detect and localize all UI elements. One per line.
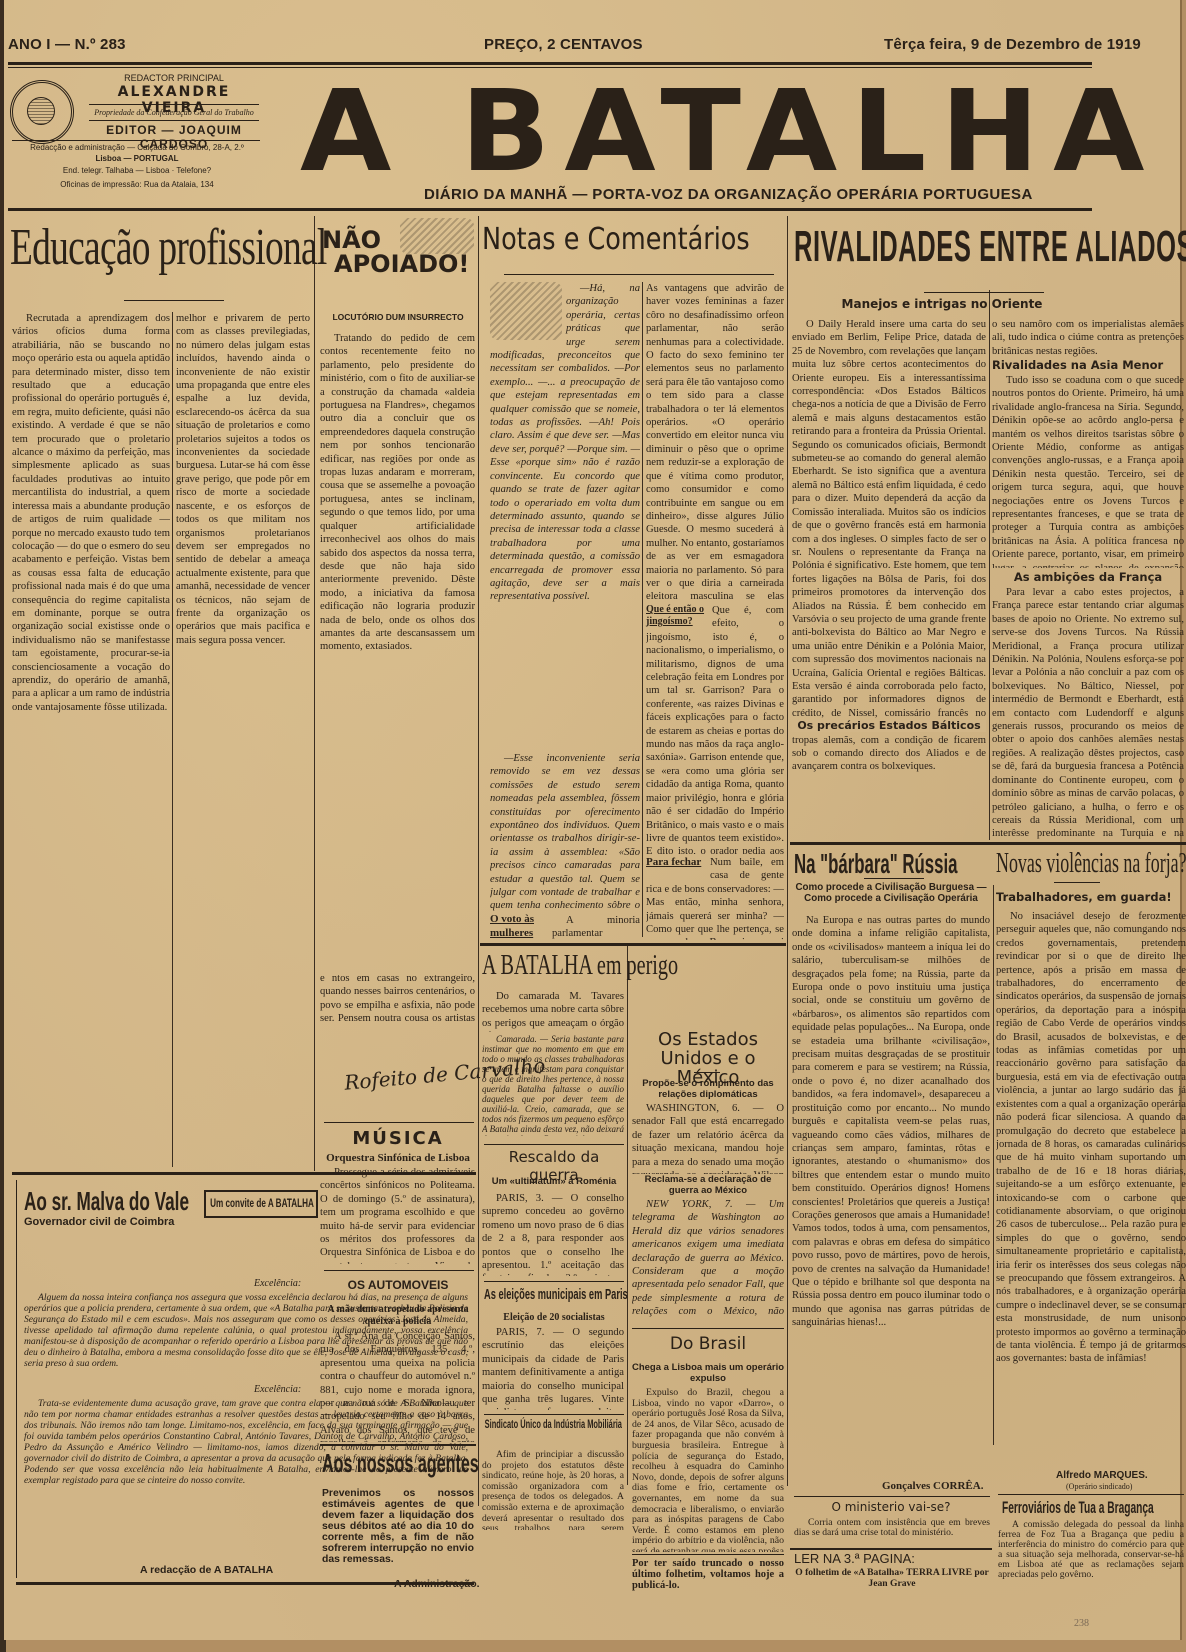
- article-brasil: Expulso do Brazil, chegou a Lisboa, vind…: [632, 1388, 784, 1552]
- article-ferroviarios: A comissão delegada do pessoal da linha …: [998, 1520, 1184, 1582]
- headline-malva: Ao sr. Malva do Vale: [24, 1186, 189, 1217]
- telegraph: End. telegr. Talhaba — Lisboa · Telefone…: [12, 166, 262, 175]
- paragraph: Do camarada M. Tavares recebemos uma nob…: [482, 990, 624, 1032]
- divider: [1054, 882, 1100, 883]
- signature-marques: Alfredo MARQUES.: [1056, 1470, 1148, 1481]
- subhead-brasil: Chega a Lisboa mais um operário expulso: [630, 1362, 786, 1384]
- article-eua: WASHINGTON, 6. — O senador Fall que está…: [632, 1102, 784, 1174]
- divider: [790, 842, 1186, 845]
- notice-folhetim: Por ter saído truncado o nosso último fo…: [632, 1558, 784, 1591]
- article-malva-1: Alguem da nossa inteira confiança nos as…: [24, 1292, 468, 1384]
- divider: [694, 1072, 720, 1073]
- subhead-russia: Como procede a Civilisação Burguesa — Co…: [792, 882, 990, 904]
- city: Lisboa — PORTUGAL: [12, 154, 262, 163]
- salutation: Excelência:: [254, 1278, 301, 1289]
- article-jingoismo: Que é, com efeito, o jingoísmo, isto é, …: [646, 604, 784, 854]
- subhead-declaracao: Reclama-se a declaração de guerra ao Méx…: [630, 1174, 786, 1196]
- newspaper-subtitle: DIÁRIO DA MANHÃ — PORTA-VOZ DA ORGANIZAÇ…: [424, 186, 1033, 203]
- article-rivalidades-col2: o seu namôro com os imperialistas alemãe…: [992, 318, 1184, 360]
- headline-violencias: Novas violências na forja?: [996, 848, 1186, 880]
- divider: [484, 1144, 624, 1145]
- headline-perigo: A BATALHA em perigo: [482, 950, 678, 982]
- signature-role: (Operário sindicado): [1066, 1482, 1132, 1491]
- column-divider: [787, 216, 788, 1486]
- column-divider: [172, 312, 173, 1167]
- headline-sindicato: Sindicato Único da Indústria Mobiliária: [482, 1418, 625, 1431]
- column-divider: [993, 885, 994, 1445]
- divider: [632, 1554, 784, 1555]
- divider: [12, 140, 260, 141]
- headline-notas: Notas e Comentários: [482, 222, 750, 257]
- headline-russia: Na "bárbara" Rússia: [794, 848, 957, 880]
- cartoon-orator-icon: [400, 218, 474, 254]
- cgt-seal-icon: [10, 80, 74, 144]
- paragraph: Trata-se evidentemente duma acusação gra…: [24, 1398, 468, 1486]
- article-educacao-col2: melhor e privarem de perto com as classe…: [176, 312, 310, 1167]
- paragraph: e ntos em casas no extrangeiro, quando n…: [320, 972, 475, 1028]
- notice-ler: O folhetim de «A Batalha» TERRA LIVRE po…: [794, 1568, 990, 1589]
- article-educacao-col1: Recrutada a aprendizagem dos vários ofíc…: [12, 312, 170, 1167]
- signature-redaccao: A redacção de A BATALHA: [140, 1564, 273, 1576]
- column-divider: [478, 216, 479, 1506]
- subhead-franca: As ambições da França: [992, 570, 1184, 584]
- headline-ferroviarios: Ferroviários de Tua a Bragança: [1002, 1498, 1154, 1518]
- article-asia: Tudo isso se coaduna com o que sucede no…: [992, 374, 1184, 568]
- paragraph: A minoria parlamentar socialista vai em …: [552, 914, 640, 944]
- subhead-manejos: Manejos e intrigas no Oriente: [792, 297, 1092, 311]
- article-franca: Para levar a cabo estes projectos, a Fra…: [992, 586, 1184, 840]
- headline-musica: MÚSICA: [320, 1128, 476, 1149]
- headline-ler: LER NA 3.ª PAGINA:: [794, 1551, 915, 1566]
- paragraph: Recrutada a aprendizagem dos vários ofíc…: [12, 312, 170, 714]
- divider: [794, 1496, 990, 1497]
- column-divider: [314, 216, 315, 1171]
- article-declaracao: NEW YORK, 7. — Um telegrama de Washingto…: [632, 1198, 784, 1320]
- badge-label: Um convite de A BATALHA: [206, 1192, 281, 1210]
- paragraph: Na Europa e nas outras partes do mundo o…: [792, 914, 990, 1330]
- label-spacer: [646, 604, 712, 630]
- label-spacer: [646, 856, 710, 882]
- article-rescaldo: PARIS, 3. — O conselho supremo concedeu …: [482, 1192, 624, 1276]
- paragraph: melhor e privarem de perto com as classe…: [176, 312, 310, 647]
- divider: [484, 1281, 624, 1282]
- salutation-2: Excelência:: [254, 1384, 301, 1395]
- paragraph: Corria ontem com insistência que em brev…: [794, 1518, 990, 1538]
- divider: [480, 943, 786, 946]
- issue-number: ANO I — N.º 283: [8, 36, 126, 53]
- article-notas-dialogue: —Há, na organização operária, certas prá…: [490, 282, 640, 752]
- article-naoapoiado: Tratando do pedido de cem contos recente…: [320, 332, 475, 972]
- headline-eleicoes: As eleições municipais em Paris: [484, 1286, 628, 1303]
- subhead-malva: Governador civil de Coimbra: [24, 1216, 174, 1228]
- signature-correa: Gonçalves CORRÊA.: [882, 1480, 983, 1492]
- archive-page-note: 238: [1074, 1618, 1089, 1629]
- paragraph: Afim de principiar a discussão do projet…: [482, 1450, 624, 1530]
- column-divider: [989, 290, 990, 840]
- paragraph: NEW YORK, 7. — Um telegrama de Washingto…: [632, 1198, 784, 1320]
- divider: [864, 878, 924, 879]
- newspaper-page: ANO I — N.º 283 PREÇO, 2 CENTAVOS Têrça …: [4, 0, 1182, 1640]
- paragraph: WASHINGTON, 6. — O senador Fall que está…: [632, 1102, 784, 1174]
- article-rivalidades-col1: O Daily Herald insere uma carta do seu e…: [792, 318, 986, 840]
- subhead-asia: Rivalidades na Asia Menor: [992, 358, 1184, 372]
- subhead-eua: Propõe-se o rompimento das relações dipl…: [630, 1078, 786, 1100]
- headline-ministerio: O ministerio vai-se?: [792, 1500, 990, 1514]
- divider: [790, 1548, 992, 1550]
- paragraph: PARIS, 3. — O conselho supremo concedeu …: [482, 1192, 624, 1276]
- paragraph: o seu namôro com os imperialistas alemãe…: [992, 318, 1184, 358]
- paragraph: O Daily Herald insere uma carta do seu e…: [792, 318, 986, 774]
- subhead-baltic: Os precários Estados Bálticos: [792, 720, 986, 732]
- paragraph: Tratando do pedido de cem contos recente…: [320, 332, 475, 654]
- newspaper-title: A BATALHA: [300, 75, 1158, 187]
- column-divider: [642, 282, 643, 937]
- article-perigo-letter: Camarada. — Seria bastante para instimar…: [482, 1034, 624, 1136]
- badge-convite: Um convite de A BATALHA: [204, 1190, 318, 1218]
- ownership: Propriedade da Confederação Geral do Tra…: [89, 106, 259, 119]
- paragraph: Para levar a cabo estes projectos, a Fra…: [992, 586, 1184, 840]
- headline-educacao: Educação profissional: [10, 222, 327, 274]
- paragraph: Alguem da nossa inteira confiança nos as…: [24, 1292, 468, 1369]
- divider: [89, 104, 259, 105]
- subhead-eleicoes: Eleição de 20 socialistas: [482, 1312, 626, 1323]
- paragraph: No insaciável desejo de ferozmente perse…: [996, 910, 1186, 1366]
- article-russia: Na Europa e nas outras partes do mundo o…: [792, 914, 990, 1378]
- divider: [16, 1582, 474, 1585]
- article-ministerio: Corria ontem com insistência que em brev…: [794, 1518, 990, 1546]
- workshop-address: Oficinas de impressão: Rua da Atalaia, 1…: [12, 180, 262, 189]
- divider: [998, 1494, 1184, 1495]
- headline-brasil: Do Brasil: [630, 1334, 786, 1354]
- divider: [504, 274, 774, 275]
- divider: [924, 292, 1044, 293]
- article-parafechar: Num baile, em casa de gente rica e de bo…: [646, 856, 784, 940]
- article-malva-2: Trata-se evidentemente duma acusação gra…: [24, 1398, 468, 1548]
- article-violencias: No insaciável desejo de ferozmente perse…: [996, 910, 1186, 1468]
- headline-rivalidades: RIVALIDADES ENTRE ALIADOS: [794, 222, 1186, 272]
- paragraph: Expulso do Brazil, chegou a Lisboa, vind…: [632, 1388, 784, 1552]
- divider: [484, 1414, 624, 1415]
- address: Redacção e administração — Calçada do Co…: [12, 143, 262, 152]
- headline-apoiado: APOIADO!: [334, 252, 469, 276]
- article-eleicoes: PARIS, 7. — O segundo escrutínio das ele…: [482, 1326, 624, 1410]
- paragraph: A comissão delegada do pessoal da linha …: [998, 1520, 1184, 1580]
- divider: [632, 1328, 784, 1329]
- divider: [324, 1122, 474, 1123]
- divider: [89, 120, 259, 121]
- subhead-orquestra: Orquestra Sinfónica de Lisboa: [320, 1152, 476, 1164]
- article-notas-col2: As vantagens que advirão de haver vozes …: [646, 282, 784, 600]
- article-sindicato: Afim de principiar a discussão do projet…: [482, 1450, 624, 1530]
- kicker-locutorio: LOCUTÓRIO DUM INSURRECTO: [320, 312, 476, 322]
- illustration-spacer: [490, 282, 566, 342]
- divider: [124, 300, 224, 301]
- article-naoapoiado-tail: e ntos em casas no extrangeiro, quando n…: [320, 972, 475, 1028]
- paragraph: Que é, com efeito, o jingoísmo, isto é, …: [646, 604, 784, 854]
- article-voto-start: A minoria parlamentar socialista vai em …: [552, 914, 640, 944]
- masthead-rule: [8, 208, 1092, 211]
- column-divider: [627, 945, 628, 1485]
- subhead-ultimatum: Um «ultimatum» à Roménia: [482, 1176, 626, 1187]
- article-perigo: Do camarada M. Tavares recebemos uma nob…: [482, 990, 624, 1032]
- article-notas-dialogue2: —Esse inconveniente seria removido se em…: [490, 752, 640, 912]
- subhead-violencias: Trabalhadores, em guarda!: [996, 890, 1186, 904]
- label-voto: O voto às mulheres: [490, 912, 550, 940]
- price: PREÇO, 2 CENTAVOS: [484, 36, 643, 53]
- date: Têrça feira, 9 de Dezembro de 1919: [884, 36, 1141, 53]
- headline-nao: NÃO: [322, 228, 381, 252]
- paragraph: Tudo isso se coaduna com o que sucede no…: [992, 374, 1184, 568]
- paragraph: Camarada. — Seria bastante para instimar…: [482, 1034, 624, 1136]
- paragraph: PARIS, 7. — O segundo escrutínio das ele…: [482, 1326, 624, 1410]
- paragraph: As vantagens que advirão de haver vozes …: [646, 282, 784, 600]
- paragraph: —Esse inconveniente seria removido se em…: [490, 752, 640, 912]
